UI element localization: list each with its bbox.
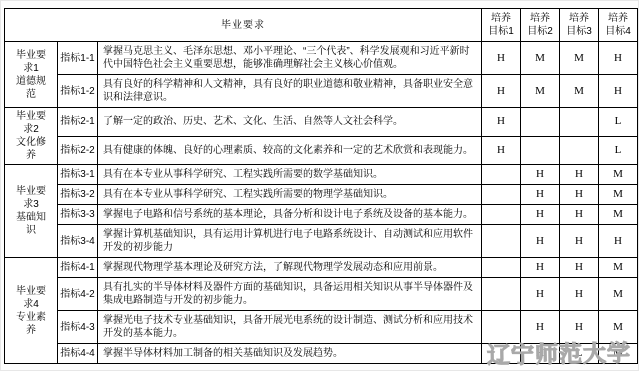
- matrix-value-cell: H: [599, 225, 638, 258]
- matrix-value-cell: M: [599, 311, 638, 344]
- table-row: 指标3-3掌握电子电路和信号系统的基本理论，具备分析和设计电子系统及设备的基本能…: [5, 205, 638, 225]
- matrix-value-cell: [560, 108, 599, 137]
- table-row: 毕业要求1道德规范指标1-1掌握马克思主义、毛泽东思想、邓小平理论、“三个代表”…: [5, 42, 638, 75]
- matrix-value-cell: L: [599, 136, 638, 165]
- indicator-cell: 指标1-1: [58, 42, 98, 75]
- matrix-value-cell: H: [482, 42, 521, 75]
- matrix-value-cell: L: [560, 344, 599, 364]
- matrix-value-cell: H: [482, 108, 521, 137]
- matrix-value-cell: H: [599, 42, 638, 75]
- matrix-value-cell: M: [599, 344, 638, 364]
- indicator-cell: 指标4-1: [58, 258, 98, 278]
- matrix-value-cell: [482, 311, 521, 344]
- matrix-value-cell: H: [482, 136, 521, 165]
- indicator-cell: 指标2-2: [58, 136, 98, 165]
- description-cell: 掌握光电子技术专业基础知识，具备开展光电系统的设计制造、测试分析和应用技术开发的…: [98, 311, 482, 344]
- indicator-cell: 指标3-3: [58, 205, 98, 225]
- matrix-value-cell: M: [599, 258, 638, 278]
- matrix-value-cell: [521, 136, 560, 165]
- matrix-value-cell: M: [560, 42, 599, 75]
- table-row: 毕业要求3基础知识指标3-1具有在本专业从事科学研究、工程实践所需要的数学基础知…: [5, 165, 638, 185]
- table-row: 毕业要求4专业素养指标4-1掌握现代物理学基本理论及研究方法，了解现代物理学发展…: [5, 258, 638, 278]
- description-cell: 具有良好的科学精神和人文精神，具有良好的职业道德和敬业精神，具备职业安全意识和法…: [98, 75, 482, 108]
- description-cell: 了解一定的政治、历史、艺术、文化、生活、自然等人文社会科学。: [98, 108, 482, 137]
- description-cell: 掌握现代物理学基本理论及研究方法，了解现代物理学发展动态和应用前景。: [98, 258, 482, 278]
- matrix-value-cell: H: [521, 205, 560, 225]
- matrix-value-cell: H: [521, 344, 560, 364]
- section-label-category: 基础知识: [13, 211, 49, 237]
- requirements-objectives-matrix-table: 毕业要求 培养目标1 培养目标2 培养目标3 培养目标4 毕业要求1道德规范指标…: [4, 8, 638, 364]
- section-label-category: 文化修养: [13, 136, 49, 162]
- matrix-value-cell: H: [560, 185, 599, 205]
- description-cell: 具有健康的体魄、良好的心理素质、较高的文化素养和一定的艺术欣赏和表现能力。: [98, 136, 482, 165]
- matrix-value-cell: [560, 136, 599, 165]
- section-label-title: 毕业要求3: [13, 185, 49, 211]
- table-row: 指标4-4掌握半导体材料加工制备的相关基础知识及发展趋势。HLM: [5, 344, 638, 364]
- table-row: 指标3-2具有在本专业从事科学研究、工程实践所需要的物理学基础知识。HHM: [5, 185, 638, 205]
- section-label: 毕业要求1道德规范: [5, 42, 58, 108]
- matrix-value-cell: L: [599, 108, 638, 137]
- matrix-value-cell: M: [521, 75, 560, 108]
- matrix-value-cell: H: [560, 225, 599, 258]
- matrix-value-cell: [482, 165, 521, 185]
- table-row: 指标4-3掌握光电子技术专业基础知识，具备开展光电系统的设计制造、测试分析和应用…: [5, 311, 638, 344]
- matrix-value-cell: H: [560, 311, 599, 344]
- description-cell: 掌握半导体材料加工制备的相关基础知识及发展趋势。: [98, 344, 482, 364]
- section-label: 毕业要求2文化修养: [5, 108, 58, 165]
- matrix-value-cell: M: [599, 205, 638, 225]
- indicator-cell: 指标1-2: [58, 75, 98, 108]
- matrix-header: 毕业要求 培养目标1 培养目标2 培养目标3 培养目标4: [5, 9, 638, 42]
- section-label-title: 毕业要求4: [13, 285, 49, 311]
- indicator-cell: 指标3-4: [58, 225, 98, 258]
- matrix-value-cell: [482, 278, 521, 311]
- matrix-value-cell: [482, 185, 521, 205]
- indicator-cell: 指标4-3: [58, 311, 98, 344]
- table-row: 指标1-2具有良好的科学精神和人文精神，具有良好的职业道德和敬业精神，具备职业安…: [5, 75, 638, 108]
- matrix-value-cell: H: [521, 225, 560, 258]
- matrix-value-cell: H: [560, 278, 599, 311]
- table-row: 指标4-2具有扎实的半导体材料及器件方面的基础知识，具备运用相关知识从事半导体器…: [5, 278, 638, 311]
- indicator-cell: 指标3-1: [58, 165, 98, 185]
- section-label-title: 毕业要求1: [13, 49, 49, 75]
- description-cell: 具有在本专业从事科学研究、工程实践所需要的数学基础知识。: [98, 165, 482, 185]
- section-label-category: 道德规范: [13, 75, 49, 101]
- section-label: 毕业要求3基础知识: [5, 165, 58, 258]
- description-cell: 掌握计算机基础知识，具有运用计算机进行电子电路系统设计、自动测试和应用软件开发的…: [98, 225, 482, 258]
- matrix-value-cell: M: [560, 75, 599, 108]
- matrix-value-cell: H: [560, 258, 599, 278]
- section-label-title: 毕业要求2: [13, 110, 49, 136]
- section-label: 毕业要求4专业素养: [5, 258, 58, 364]
- matrix-value-cell: [482, 205, 521, 225]
- matrix-value-cell: [482, 258, 521, 278]
- indicator-cell: 指标2-1: [58, 108, 98, 137]
- indicator-cell: 指标4-4: [58, 344, 98, 364]
- indicator-cell: 指标4-2: [58, 278, 98, 311]
- column-header-objective-4: 培养目标4: [599, 9, 638, 42]
- description-cell: 具有扎实的半导体材料及器件方面的基础知识，具备运用相关知识从事半导体器件及集成电…: [98, 278, 482, 311]
- indicator-cell: 指标3-2: [58, 185, 98, 205]
- header-row: 毕业要求 培养目标1 培养目标2 培养目标3 培养目标4: [5, 9, 638, 42]
- matrix-value-cell: H: [599, 75, 638, 108]
- matrix-value-cell: H: [482, 75, 521, 108]
- matrix-value-cell: H: [521, 311, 560, 344]
- matrix-value-cell: [521, 108, 560, 137]
- matrix-body: 毕业要求1道德规范指标1-1掌握马克思主义、毛泽东思想、邓小平理论、“三个代表”…: [5, 42, 638, 364]
- column-header-graduation-requirements: 毕业要求: [5, 9, 482, 42]
- matrix-value-cell: H: [521, 258, 560, 278]
- matrix-value-cell: H: [521, 278, 560, 311]
- column-header-objective-2: 培养目标2: [521, 9, 560, 42]
- description-cell: 掌握电子电路和信号系统的基本理论，具备分析和设计电子系统及设备的基本能力。: [98, 205, 482, 225]
- matrix-value-cell: M: [521, 42, 560, 75]
- matrix-value-cell: M: [599, 278, 638, 311]
- table-row: 指标3-4掌握计算机基础知识，具有运用计算机进行电子电路系统设计、自动测试和应用…: [5, 225, 638, 258]
- table-row: 毕业要求2文化修养指标2-1了解一定的政治、历史、艺术、文化、生活、自然等人文社…: [5, 108, 638, 137]
- table-row: 指标2-2具有健康的体魄、良好的心理素质、较高的文化素养和一定的艺术欣赏和表现能…: [5, 136, 638, 165]
- matrix-value-cell: H: [521, 165, 560, 185]
- matrix-value-cell: H: [560, 165, 599, 185]
- section-label-category: 专业素养: [13, 311, 49, 337]
- column-header-objective-3: 培养目标3: [560, 9, 599, 42]
- matrix-value-cell: H: [521, 185, 560, 205]
- description-cell: 具有在本专业从事科学研究、工程实践所需要的物理学基础知识。: [98, 185, 482, 205]
- matrix-value-cell: [482, 225, 521, 258]
- matrix-value-cell: M: [599, 185, 638, 205]
- matrix-value-cell: H: [560, 205, 599, 225]
- matrix-value-cell: [482, 344, 521, 364]
- description-cell: 掌握马克思主义、毛泽东思想、邓小平理论、“三个代表”、科学发展观和习近平新时代中…: [98, 42, 482, 75]
- matrix-value-cell: M: [599, 165, 638, 185]
- column-header-objective-1: 培养目标1: [482, 9, 521, 42]
